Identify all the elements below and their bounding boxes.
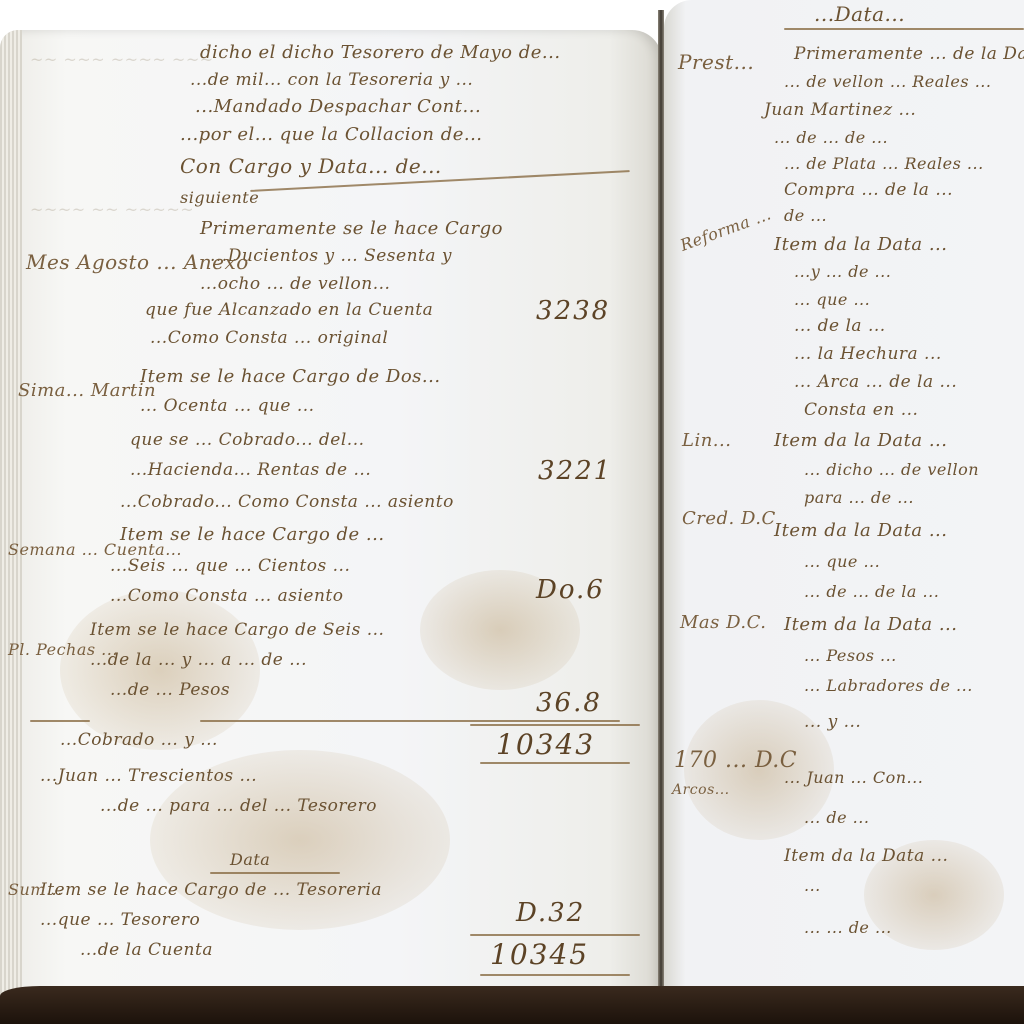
text-line: ...de la ... y ... a ... de ... xyxy=(90,650,307,670)
text-line: ...y ... de ... xyxy=(794,262,891,281)
amount-figure: Do.6 xyxy=(536,575,605,605)
text-line: que fue Alcanzado en la Cuenta xyxy=(145,300,433,320)
sum-rule xyxy=(470,724,640,726)
rule-line xyxy=(200,720,620,722)
amount-figure: D.32 xyxy=(516,898,585,928)
text-line: ...de mil... con la Tesoreria y ... xyxy=(190,70,473,90)
right-page: ...Data... Primeramente ... de la Data .… xyxy=(664,0,1024,1000)
text-line: ... de vellon ... Reales ... xyxy=(784,72,991,91)
margin-note: Semana ... Cuenta... xyxy=(8,540,182,559)
text-line: Item da la Data ... xyxy=(784,614,958,635)
text-line: ... de ... de la ... xyxy=(804,582,939,601)
text-line: ...Cobrado ... y ... xyxy=(60,730,218,750)
rule-line xyxy=(210,872,340,874)
text-line: Item se le hace Cargo de Dos... xyxy=(140,366,441,387)
text-line: ... Pesos ... xyxy=(804,646,897,665)
text-line: para ... de ... xyxy=(804,488,914,507)
text-line: ...Mandado Despachar Cont... xyxy=(195,96,481,117)
text-line: Item se le hace Cargo de Seis ... xyxy=(90,620,384,640)
amount-figure: 3238 xyxy=(536,296,610,326)
margin-note: Reforma ... xyxy=(678,204,774,254)
text-line: Item da la Data ... xyxy=(774,234,948,255)
text-line: ...que ... Tesorero xyxy=(40,910,200,930)
sum-rule xyxy=(470,934,640,936)
text-line: Juan Martinez ... xyxy=(764,100,916,120)
text-line: Item se le hace Cargo de ... Tesoreria xyxy=(40,880,382,900)
text-line: ... Labradores de ... xyxy=(804,676,973,695)
text-line: ... de ... xyxy=(804,808,869,827)
text-line: ... dicho ... de vellon xyxy=(804,460,979,479)
text-line: ... de Plata ... Reales ... xyxy=(784,154,984,173)
book-cover-edge xyxy=(0,986,1024,1024)
bleed-through-text: ~~ ~~~ ~~~~ ~~~ xyxy=(30,50,214,69)
text-line: de ... xyxy=(784,206,827,225)
text-line: Data xyxy=(230,850,270,869)
margin-note: Arcos... xyxy=(672,782,730,798)
text-line: ... de ... de ... xyxy=(774,128,888,147)
subtotal-figure: 10343 xyxy=(496,728,595,761)
text-line: ...Como Consta ... original xyxy=(150,328,388,348)
sum-rule xyxy=(480,762,630,764)
page-header: ...Data... xyxy=(814,2,905,26)
text-line: ...Seis ... que ... Cientos ... xyxy=(110,556,350,576)
text-line: ...ocho ... de vellon... xyxy=(200,274,390,294)
text-line: ...Hacienda... Rentas de ... xyxy=(130,460,371,480)
text-line: Primeramente se le hace Cargo xyxy=(200,218,503,239)
text-line: ...Juan ... Trescientos ... xyxy=(40,766,257,786)
margin-note: Lin... xyxy=(682,430,731,451)
rule-line xyxy=(30,720,90,722)
text-line: Item da la Data ... xyxy=(784,846,948,866)
text-line: Consta en ... xyxy=(804,400,918,420)
text-line: ... ... de ... xyxy=(804,918,892,937)
text-line: ...de la Cuenta xyxy=(80,940,213,960)
rule-line xyxy=(784,28,1024,30)
margin-note: Pl. Pechas ... xyxy=(8,640,118,659)
text-line: ...Cobrado... Como Consta ... asiento xyxy=(120,492,454,512)
text-line: ... que ... xyxy=(804,552,880,571)
text-line: ... que ... xyxy=(794,290,870,309)
total-figure: 10345 xyxy=(490,938,589,971)
margin-note: Mes Agosto ... Anexo xyxy=(26,250,249,274)
text-line: Item da la Data ... xyxy=(774,430,948,451)
text-line: ... Juan ... Con... xyxy=(784,768,923,787)
left-page: ~~ ~~~ ~~~~ ~~~ ~~~~ ~~ ~~~~~ dicho el d… xyxy=(0,30,662,1005)
text-line: ... Ocenta ... que ... xyxy=(140,396,315,416)
margin-note: Mas D.C. xyxy=(680,612,767,633)
open-ledger-photo: ~~ ~~~ ~~~~ ~~~ ~~~~ ~~ ~~~~~ dicho el d… xyxy=(0,0,1024,1024)
bleed-through-text: ~~~~ ~~ ~~~~~ xyxy=(30,200,194,219)
text-line: que se ... Cobrado... del... xyxy=(130,430,365,450)
text-line: ... la Hechura ... xyxy=(794,344,942,364)
sum-rule xyxy=(480,974,630,976)
text-line: ... xyxy=(804,876,821,895)
margin-note: Sima... Martin xyxy=(18,380,156,401)
margin-note: Sum... xyxy=(8,880,63,899)
amount-figure: 36.8 xyxy=(536,688,602,718)
text-line: ... y ... xyxy=(804,712,861,732)
margin-note: Cred. D.C xyxy=(682,508,776,529)
text-line: Compra ... de la ... xyxy=(784,180,953,200)
margin-note: 170 ... D.C xyxy=(674,748,797,773)
text-line: ...Como Consta ... asiento xyxy=(110,586,344,606)
margin-note: Prest... xyxy=(678,50,754,74)
text-line: siguiente xyxy=(180,188,259,207)
ink-stain xyxy=(60,590,260,750)
text-line: dicho el dicho Tesorero de Mayo de... xyxy=(200,42,561,63)
text-line: ... Arca ... de la ... xyxy=(794,372,957,392)
text-line: Con Cargo y Data... de... xyxy=(180,154,442,178)
amount-figure: 3221 xyxy=(538,456,612,486)
text-line: ...de ... para ... del ... Tesorero xyxy=(100,796,377,816)
text-line: Primeramente ... de la Data xyxy=(794,44,1024,64)
text-line: ...de ... Pesos xyxy=(110,680,230,700)
text-line: Item da la Data ... xyxy=(774,520,948,541)
text-line: ... de la ... xyxy=(794,316,886,336)
text-line: ...por el... que la Collacion de... xyxy=(180,124,483,145)
